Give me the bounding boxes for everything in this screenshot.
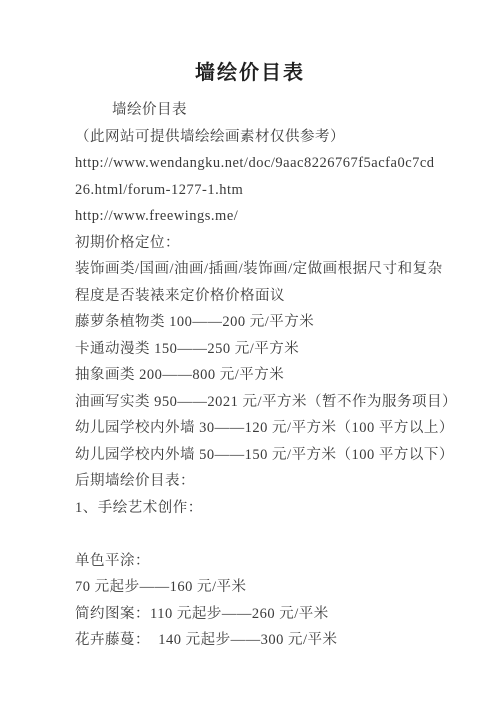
doc-line: 墙绘价目表 [75,97,458,124]
doc-line: 后期墙绘价目表： [75,468,458,495]
doc-line: 单色平涂： [75,548,458,575]
doc-line: 幼儿园学校内外墙 30——120 元/平方米（100 平方以上） [75,415,458,442]
doc-line: 花卉藤蔓： 140 元起步——300 元/平米 [75,627,458,654]
doc-line: 程度是否装裱来定价格价格面议 [75,283,458,310]
doc-line: http://www.freewings.me/ [75,203,458,230]
doc-line: 26.html/forum-1277-1.htm [75,177,458,204]
doc-line: 油画写实类 950——2021 元/平方米（暂不作为服务项目） [75,389,458,416]
doc-blank-line [75,521,458,548]
doc-line: 简约图案：110 元起步——260 元/平米 [75,601,458,628]
doc-line: （此网站可提供墙绘绘画素材仅供参考） [75,124,458,151]
doc-line: 装饰画类/国画/油画/插画/装饰画/定做画根据尺寸和复杂 [75,256,458,283]
doc-line: http://www.wendangku.net/doc/9aac8226767… [75,150,458,177]
document-page: 墙绘价目表 墙绘价目表（此网站可提供墙绘绘画素材仅供参考）http://www.… [0,0,500,708]
doc-line: 卡通动漫类 150——250 元/平方米 [75,336,458,363]
document-body: 墙绘价目表（此网站可提供墙绘绘画素材仅供参考）http://www.wendan… [0,97,500,654]
doc-line: 初期价格定位： [75,230,458,257]
document-title: 墙绘价目表 [0,0,500,84]
doc-line: 幼儿园学校内外墙 50——150 元/平方米（100 平方以下） [75,442,458,469]
doc-line: 1、手绘艺术创作： [75,495,458,522]
doc-line: 70 元起步——160 元/平米 [75,574,458,601]
doc-line: 藤萝条植物类 100——200 元/平方米 [75,309,458,336]
doc-line: 抽象画类 200——800 元/平方米 [75,362,458,389]
